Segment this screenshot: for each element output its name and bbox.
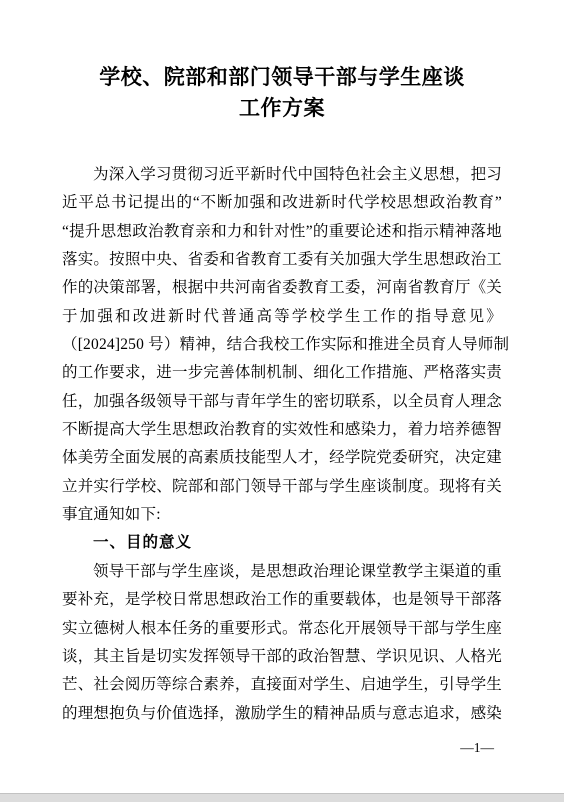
body-text-line: “提升思想政治教育亲和力和针对性”的重要论述和指示精神落地 <box>62 218 502 246</box>
body-text-line: 落实。按照中央、省委和省教育工委有关加强大学生思想政治工 <box>62 246 502 274</box>
document-body: 为深入学习贯彻习近平新时代中国特色社会主义思想，把习近平总书记提出的“不断加强和… <box>62 161 502 728</box>
body-text-line: 芒、社会阅历等综合素养，直接面对学生、启迪学生，引导学生 <box>62 671 502 699</box>
section-heading: 一、目的意义 <box>62 529 502 557</box>
body-text-line: 近平总书记提出的“不断加强和改进新时代学校思想政治教育” <box>62 189 502 217</box>
body-text-line: 谈，其主旨是切实发挥领导干部的政治智慧、学识见识、人格光 <box>62 643 502 671</box>
document-title-line-1: 学校、院部和部门领导干部与学生座谈 <box>0 62 564 93</box>
body-text-line: 为深入学习贯彻习近平新时代中国特色社会主义思想，把习 <box>62 161 502 189</box>
document-title: 学校、院部和部门领导干部与学生座谈 工作方案 <box>0 62 564 124</box>
body-text-line: 的工作要求，进一步完善体制机制、细化工作措施、严格落实责 <box>62 359 502 387</box>
body-text-line: 事宜通知如下: <box>62 501 502 529</box>
document-page: 学校、院部和部门领导干部与学生座谈 工作方案 为深入学习贯彻习近平新时代中国特色… <box>0 0 564 802</box>
body-text-line: 体美劳全面发展的高素质技能型人才，经学院党委研究，决定建 <box>62 444 502 472</box>
body-text-line: 要补充，是学校日常思想政治工作的重要载体，也是领导干部落 <box>62 586 502 614</box>
body-text-line: 实立德树人根本任务的重要形式。常态化开展领导干部与学生座 <box>62 615 502 643</box>
body-text-line: 立并实行学校、院部和部门领导干部与学生座谈制度。现将有关 <box>62 473 502 501</box>
page-number: —1— <box>460 740 494 756</box>
page-bottom-edge <box>0 793 564 802</box>
body-text-line: （[2024]250 号）精神，结合我校工作实际和推进全员育人导师制 <box>62 331 502 359</box>
body-text-line: 的理想抱负与价值选择，激励学生的精神品质与意志追求，感染 <box>62 700 502 728</box>
body-text-line: 领导干部与学生座谈，是思想政治理论课堂教学主渠道的重 <box>62 558 502 586</box>
document-title-line-2: 工作方案 <box>0 93 564 124</box>
body-text-line: 任，加强各级领导干部与青年学生的密切联系，以全员育人理念 <box>62 388 502 416</box>
body-text-line: 不断提高大学生思想政治教育的实效性和感染力，着力培养德智 <box>62 416 502 444</box>
body-text-line: 于加强和改进新时代普通高等学校学生工作的指导意见》 <box>62 303 502 331</box>
body-text-line: 作的决策部署，根据中共河南省委教育工委，河南省教育厅《关 <box>62 274 502 302</box>
